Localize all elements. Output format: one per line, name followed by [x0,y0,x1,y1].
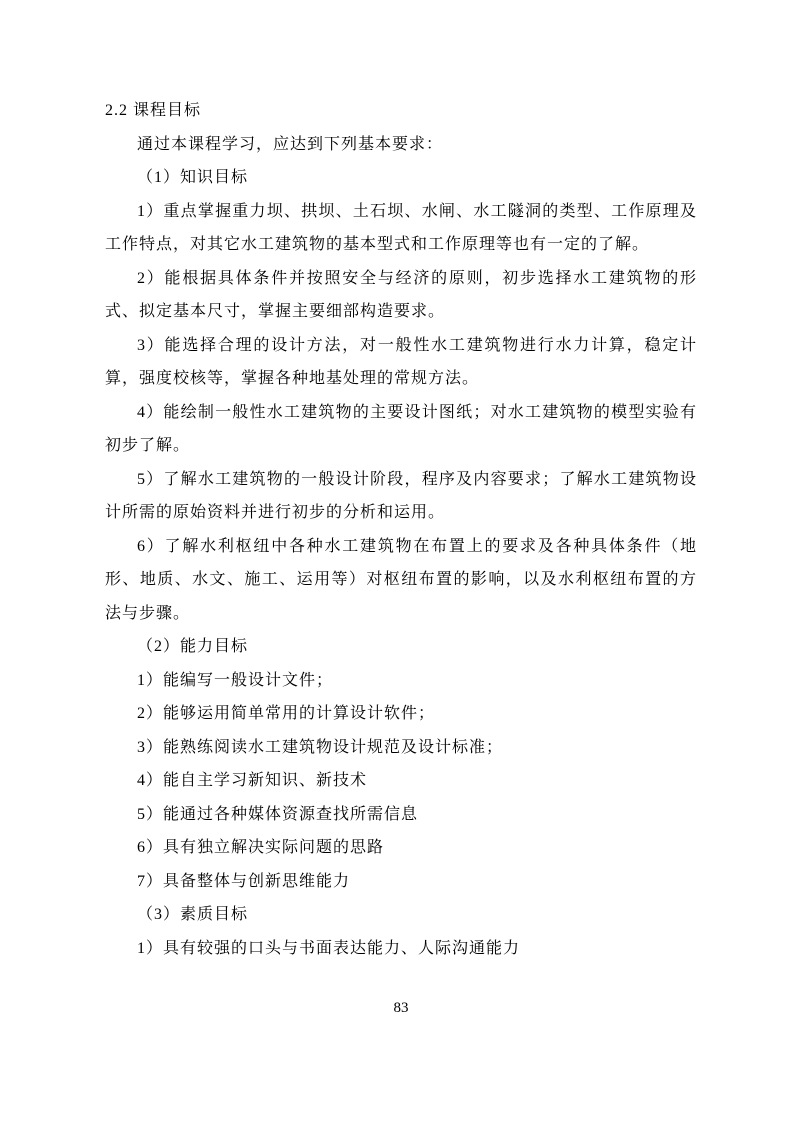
ability-item-5: 5）能通过各种媒体资源查找所需信息 [105,798,697,832]
document-body: 2.2 课程目标 通过本课程学习，应达到下列基本要求： （1）知识目标 1）重点… [105,94,697,965]
knowledge-item-3: 3）能选择合理的设计方法，对一般性水工建筑物进行水力计算，稳定计算，强度校核等，… [105,329,697,396]
knowledge-item-4: 4）能绘制一般性水工建筑物的主要设计图纸；对水工建筑物的模型实验有初步了解。 [105,396,697,463]
ability-item-6: 6）具有独立解决实际问题的思路 [105,831,697,865]
section-heading: 2.2 课程目标 [105,94,697,128]
knowledge-item-1: 1）重点掌握重力坝、拱坝、土石坝、水闸、水工隧洞的类型、工作原理及工作特点，对其… [105,195,697,262]
subsection-heading-knowledge: （1）知识目标 [105,161,697,195]
document-page: 2.2 课程目标 通过本课程学习，应达到下列基本要求： （1）知识目标 1）重点… [0,0,793,1122]
knowledge-item-6: 6）了解水利枢纽中各种水工建筑物在布置上的要求及各种具体条件（地形、地质、水文、… [105,530,697,631]
subsection-heading-ability: （2）能力目标 [105,630,697,664]
knowledge-item-2: 2）能根据具体条件并按照安全与经济的原则，初步选择水工建筑物的形式、拟定基本尺寸… [105,262,697,329]
ability-item-1: 1）能编写一般设计文件； [105,664,697,698]
ability-item-3: 3）能熟练阅读水工建筑物设计规范及设计标准； [105,731,697,765]
ability-item-4: 4）能自主学习新知识、新技术 [105,764,697,798]
page-number: 83 [105,997,697,1019]
intro-paragraph: 通过本课程学习，应达到下列基本要求： [105,128,697,162]
knowledge-item-5: 5）了解水工建筑物的一般设计阶段，程序及内容要求；了解水工建筑物设计所需的原始资… [105,463,697,530]
subsection-heading-quality: （3）素质目标 [105,898,697,932]
quality-item-1: 1）具有较强的口头与书面表达能力、人际沟通能力 [105,932,697,966]
ability-item-2: 2）能够运用简单常用的计算设计软件； [105,697,697,731]
ability-item-7: 7）具备整体与创新思维能力 [105,865,697,899]
